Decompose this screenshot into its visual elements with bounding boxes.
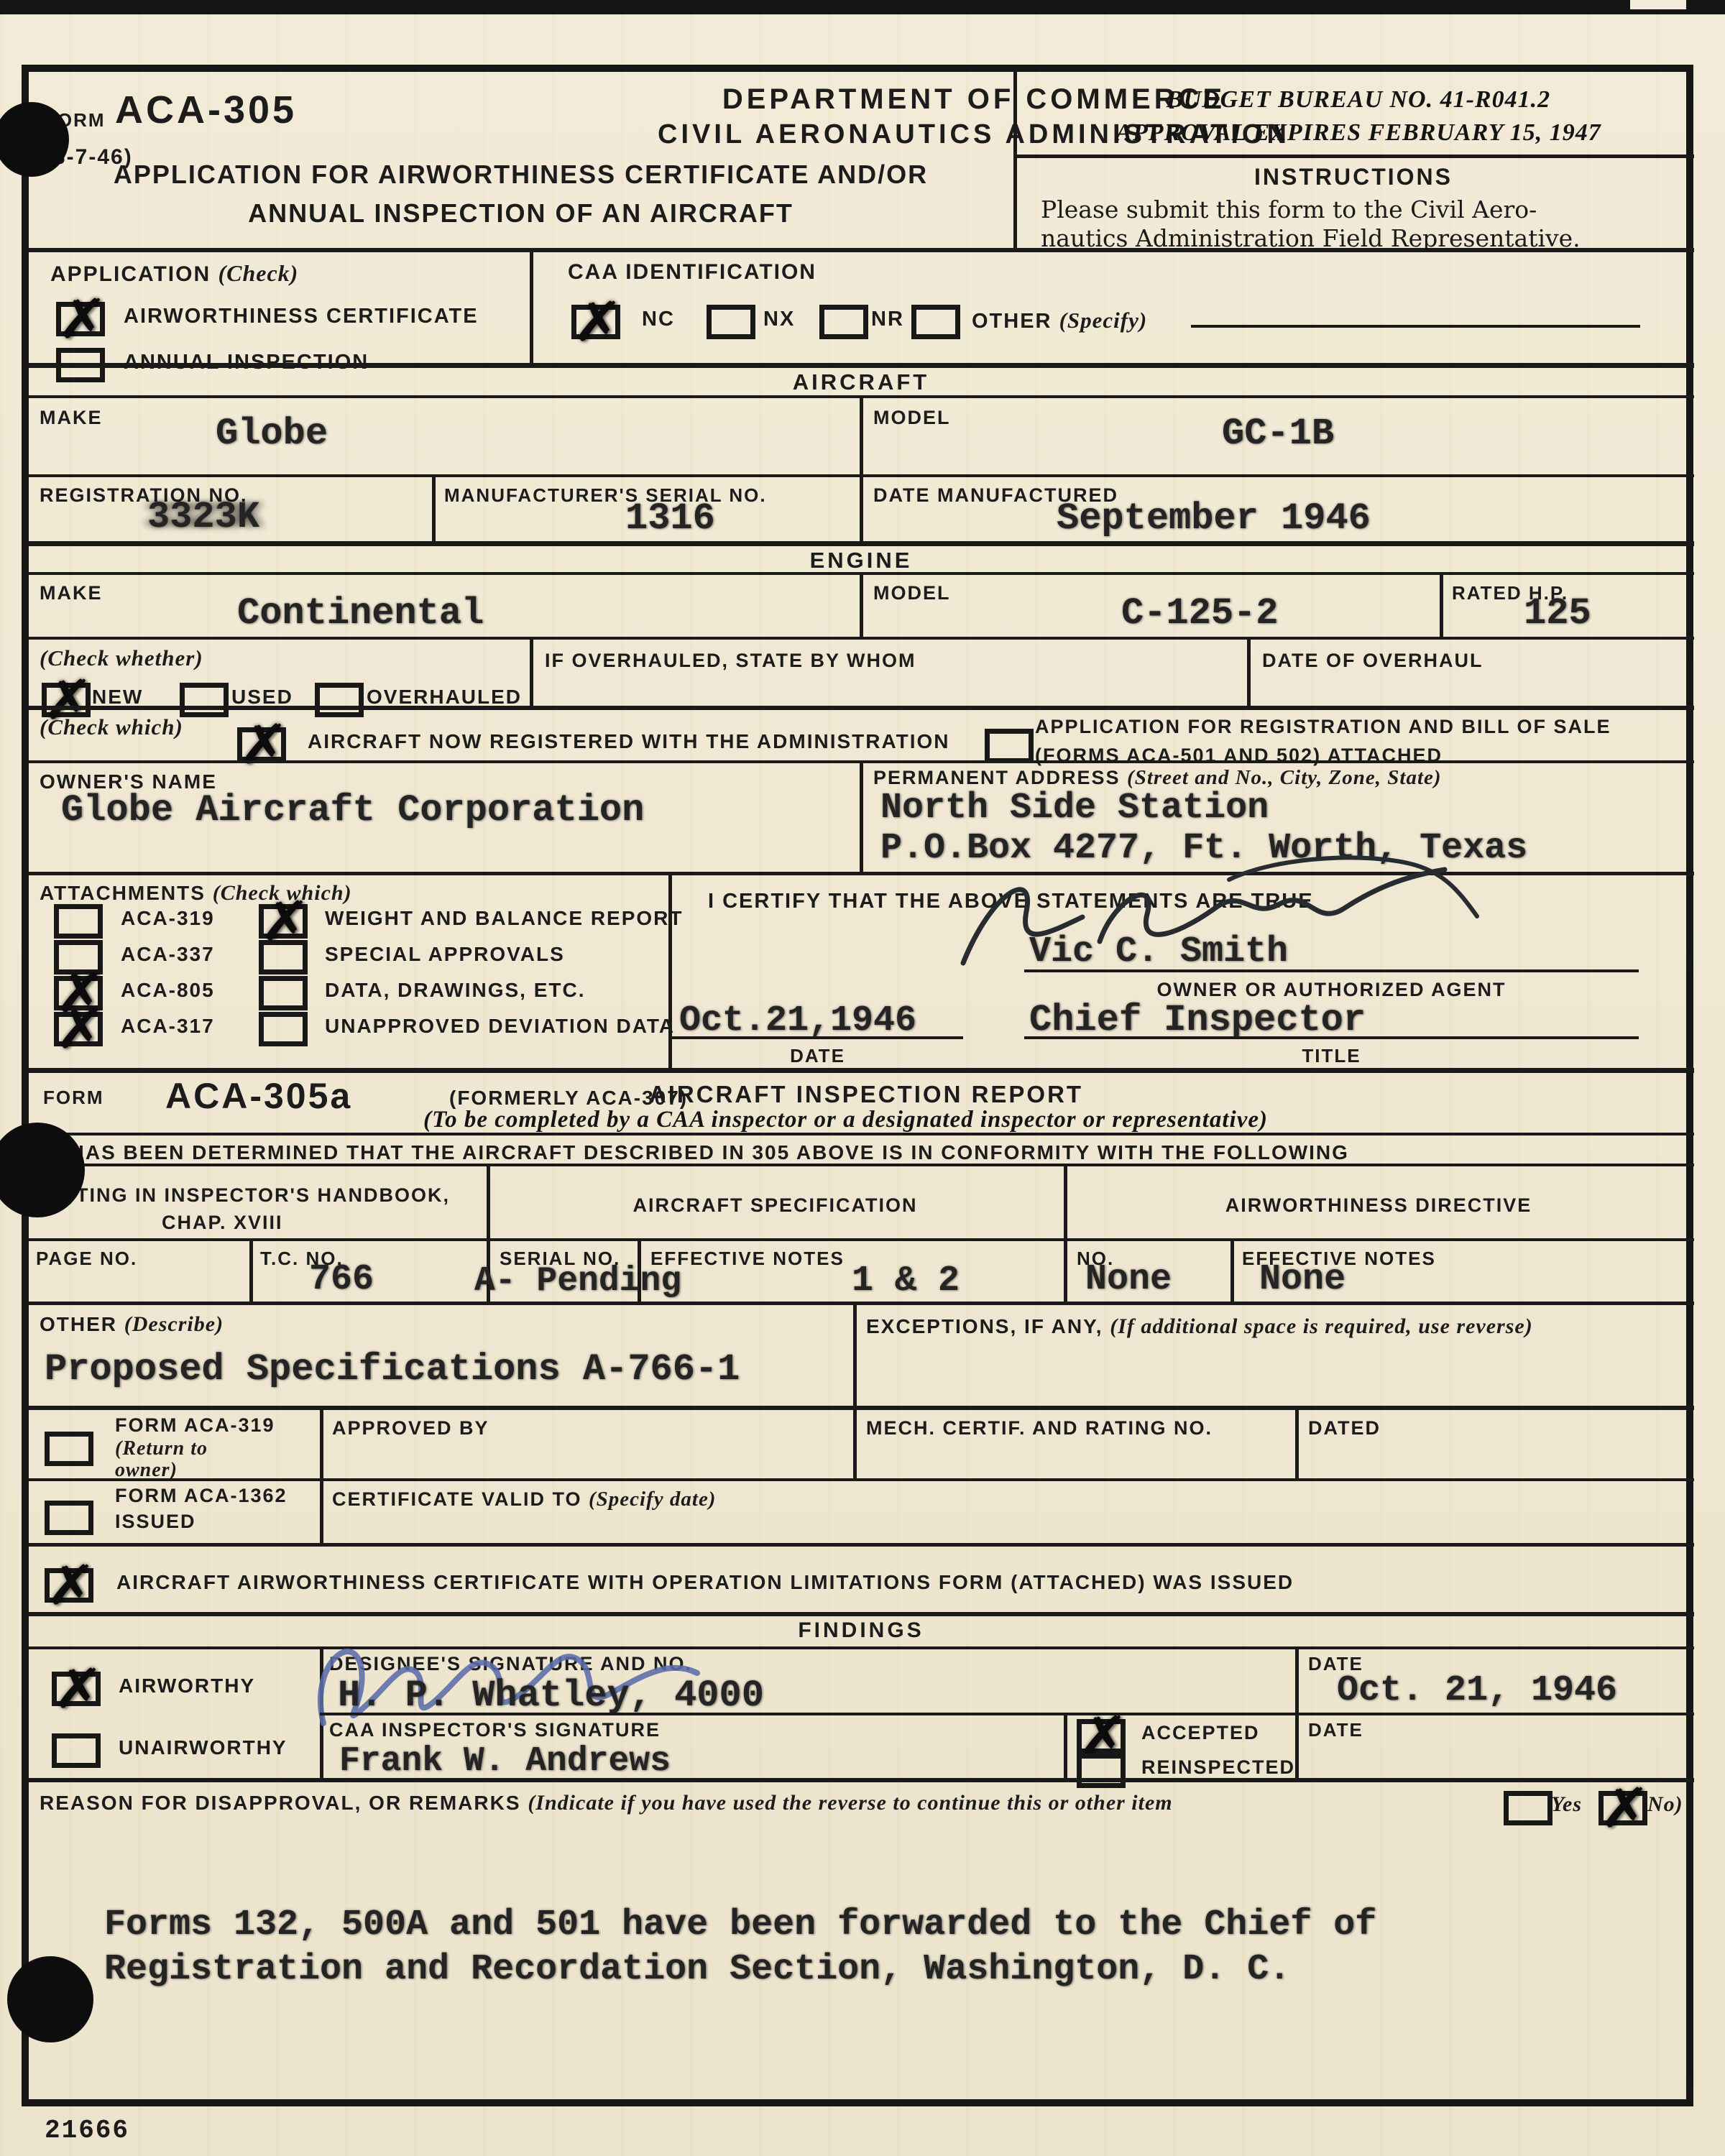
- aca-317-checkbox: [54, 1012, 103, 1046]
- special-approvals-checkbox: [259, 940, 308, 975]
- accepted-checkbox: [1077, 1719, 1126, 1754]
- owner-name-value: Globe Aircraft Corporation: [61, 789, 644, 831]
- aca-319-label: ACA-319: [121, 907, 215, 930]
- accepted-label: ACCEPTED: [1141, 1722, 1260, 1744]
- engine-section-header: ENGINE: [28, 548, 1694, 573]
- form-aca-1362-label: FORM ACA-1362: [115, 1485, 287, 1507]
- approved-by-label: APPROVED BY: [332, 1417, 489, 1439]
- signature-line: [1024, 969, 1639, 972]
- aircraft-make-value: Globe: [216, 413, 328, 455]
- divider: [1440, 575, 1443, 637]
- form-title-line2: ANNUAL INSPECTION OF AN AIRCRAFT: [28, 198, 1013, 229]
- divider: [853, 1410, 857, 1478]
- date-of-overhaul-label: DATE OF OVERHAUL: [1262, 650, 1483, 672]
- certificate-valid-to-label: CERTIFICATE VALID TO (Specify date): [332, 1488, 716, 1511]
- scanned-form-page: FORM ACA-305 (3-7-46) DEPARTMENT OF COMM…: [0, 0, 1725, 2156]
- date-manufactured-value: September 1946: [1057, 497, 1371, 540]
- inspection-report-subtitle: (To be completed by a CAA inspector or a…: [100, 1107, 1591, 1133]
- hole-punch-bottom: [7, 1956, 93, 2042]
- findings-date-value: Oct. 21, 1946: [1337, 1670, 1617, 1711]
- certification-date-label: DATE: [672, 1045, 963, 1067]
- divider: [28, 1068, 1694, 1073]
- certification-date-value: Oct.21,1946: [679, 1000, 916, 1041]
- divider: [853, 1305, 857, 1406]
- divider: [432, 477, 436, 541]
- divider: [28, 1133, 1694, 1135]
- aircraft-model-label: MODEL: [873, 407, 951, 429]
- reinspected-checkbox: [1077, 1754, 1126, 1788]
- nr-checkbox: [819, 305, 868, 339]
- form-aca-319-note1: (Return to: [115, 1437, 208, 1460]
- nc-checkbox: [571, 305, 620, 339]
- certificate-issued-checkbox: [45, 1568, 93, 1603]
- form305a-form-label: FORM: [43, 1087, 104, 1109]
- other-specify-line: [1191, 325, 1640, 328]
- application-check-label: APPLICATION (Check): [50, 260, 298, 287]
- divider: [320, 1713, 1694, 1715]
- remarks-no-label: No): [1647, 1792, 1683, 1817]
- title-line: [1024, 1036, 1639, 1039]
- divider: [28, 1238, 1694, 1241]
- check-which-label: (Check which): [40, 714, 183, 740]
- divider: [28, 1478, 1694, 1481]
- other-describe-label: OTHER (Describe): [40, 1312, 224, 1337]
- aircraft-model-value: GC-1B: [1222, 413, 1334, 455]
- remarks-no-checkbox: [1598, 1791, 1647, 1825]
- serial-no-label: MANUFACTURER'S SERIAL NO.: [444, 484, 767, 507]
- engine-model-value: C-125-2: [1121, 592, 1278, 635]
- registration-application-label-line2: (FORMS ACA-501 AND 502) ATTACHED: [1035, 745, 1443, 767]
- reinspected-label: REINSPECTED: [1141, 1756, 1295, 1779]
- other-checkbox: [911, 305, 960, 339]
- owner-signature-typed: Vic C. Smith: [1029, 931, 1288, 972]
- divider: [1230, 1241, 1234, 1302]
- certification-title-label: TITLE: [1024, 1045, 1639, 1067]
- airworthiness-certificate-label: AIRWORTHINESS CERTIFICATE: [124, 305, 479, 328]
- mech-certif-label: MECH. CERTIF. AND RATING NO.: [866, 1417, 1213, 1439]
- divider: [28, 637, 1694, 640]
- findings-date2-label: DATE: [1308, 1719, 1363, 1741]
- designee-name-typed: H. P. Whatley, 4000: [338, 1674, 764, 1717]
- registration-application-label-line1: APPLICATION FOR REGISTRATION AND BILL OF…: [1035, 716, 1611, 738]
- data-drawings-checkbox: [259, 976, 308, 1010]
- divider: [28, 1543, 1694, 1547]
- remarks-yes-checkbox: [1504, 1791, 1552, 1825]
- special-approvals-label: SPECIAL APPROVALS: [325, 943, 565, 966]
- registration-no-value: 3323K: [147, 496, 259, 538]
- approval-expires: APPROVAL EXPIRES FEBRUARY 15, 1947: [1042, 119, 1675, 147]
- form-number: ACA-305: [115, 88, 297, 132]
- divider: [28, 541, 1694, 546]
- divider: [28, 1302, 1694, 1305]
- nc-label: NC: [642, 308, 675, 331]
- divider: [1013, 155, 1694, 158]
- divider: [860, 477, 863, 541]
- findings-section-header: FINDINGS: [28, 1618, 1694, 1643]
- airworthiness-directive-header: AIRWORTHINESS DIRECTIVE: [1064, 1194, 1693, 1217]
- engine-new-checkbox: [42, 683, 91, 717]
- aca-319-checkbox: [54, 904, 103, 939]
- unapproved-deviation-label: UNAPPROVED DEVIATION DATA: [325, 1015, 675, 1038]
- form-aca-319-checkbox: [45, 1432, 93, 1466]
- form-stock-number: 21666: [45, 2116, 129, 2145]
- airworthiness-certificate-checkbox: [56, 302, 105, 336]
- form-aca-319-label: FORM ACA-319: [115, 1414, 275, 1437]
- divider: [530, 248, 533, 363]
- aircraft-spec-header: AIRCRAFT SPECIFICATION: [487, 1194, 1064, 1217]
- engine-make-label: MAKE: [40, 582, 103, 604]
- certification-title-value: Chief Inspector: [1029, 999, 1366, 1041]
- form-title-line1: APPLICATION FOR AIRWORTHINESS CERTIFICAT…: [28, 160, 1013, 190]
- divider: [320, 1481, 323, 1543]
- page-no-label: PAGE NO.: [36, 1248, 137, 1270]
- divider: [530, 640, 533, 706]
- exceptions-label: EXCEPTIONS, IF ANY, (If additional space…: [866, 1311, 1682, 1342]
- engine-used-checkbox: [180, 683, 229, 717]
- aircraft-make-label: MAKE: [40, 407, 103, 429]
- listing-header-line2: CHAP. XVIII: [162, 1212, 283, 1234]
- owner-agent-label: OWNER OR AUTHORIZED AGENT: [1024, 979, 1639, 1001]
- divider: [860, 398, 863, 474]
- divider: [28, 706, 1694, 710]
- divider: [1064, 1715, 1067, 1778]
- scan-edge-bar: [0, 0, 1725, 14]
- registered-label: AIRCRAFT NOW REGISTERED WITH THE ADMINIS…: [308, 730, 950, 753]
- registered-checkbox: [237, 727, 286, 762]
- other-label: OTHER (Specify): [972, 308, 1147, 333]
- dated-label: DATED: [1308, 1417, 1381, 1439]
- remarks-label: REASON FOR DISAPPROVAL, OR REMARKS (Indi…: [40, 1791, 1173, 1815]
- nx-checkbox: [707, 305, 755, 339]
- engine-make-value: Continental: [237, 592, 484, 635]
- aircraft-section-header: AIRCRAFT: [28, 369, 1694, 395]
- engine-overhauled-checkbox: [315, 683, 364, 717]
- nx-label: NX: [763, 308, 795, 331]
- caa-inspector-name-typed: Frank W. Andrews: [339, 1742, 671, 1781]
- spec-notes-value: 1 & 2: [852, 1261, 960, 1302]
- divider: [28, 1778, 1694, 1782]
- permanent-address-label: PERMANENT ADDRESS (Street and No., City,…: [873, 766, 1442, 790]
- divider: [28, 248, 1694, 252]
- remarks-body-line2: Registration and Recordation Section, Wa…: [104, 1949, 1290, 1990]
- divider: [860, 763, 863, 872]
- aca-805-label: ACA-805: [121, 979, 215, 1002]
- listing-header-line1: LISTING IN INSPECTOR'S HANDBOOK,: [42, 1184, 450, 1207]
- divider: [1064, 1166, 1067, 1302]
- inspection-report-title: AIRCRAFT INSPECTION REPORT: [579, 1081, 1154, 1108]
- form-aca-1362-issued-label: ISSUED: [115, 1511, 196, 1533]
- spec-notes-label: EFFECTIVE NOTES: [650, 1248, 845, 1270]
- budget-bureau-no: BUDGET BUREAU NO. 41-R041.2: [1042, 86, 1675, 114]
- directive-no-value: None: [1085, 1259, 1172, 1300]
- tc-no-value: 766: [309, 1259, 374, 1300]
- determined-statement: IT HAS BEEN DETERMINED THAT THE AIRCRAFT…: [42, 1141, 1349, 1164]
- certificate-issued-label: AIRCRAFT AIRWORTHINESS CERTIFICATE WITH …: [116, 1571, 1294, 1594]
- airworthy-label: AIRWORTHY: [119, 1674, 255, 1697]
- divider: [249, 1241, 253, 1302]
- divider: [320, 1410, 323, 1478]
- rated-hp-value: 125: [1524, 592, 1591, 635]
- remarks-body-line1: Forms 132, 500A and 501 have been forwar…: [104, 1904, 1376, 1945]
- unairworthy-checkbox: [52, 1733, 101, 1768]
- aca-317-label: ACA-317: [121, 1015, 215, 1038]
- divider: [28, 1612, 1694, 1616]
- airworthy-checkbox: [52, 1672, 101, 1706]
- scan-notch: [1630, 0, 1686, 9]
- caa-inspector-signature-label: CAA INSPECTOR'S SIGNATURE: [329, 1719, 661, 1741]
- aca-337-label: ACA-337: [121, 943, 215, 966]
- instructions-text-line1: Please submit this form to the Civil Aer…: [1041, 195, 1537, 224]
- instructions-title: INSTRUCTIONS: [1013, 164, 1693, 190]
- directive-notes-value: None: [1259, 1259, 1345, 1300]
- divider: [1247, 640, 1251, 706]
- form-aca-1362-checkbox: [45, 1501, 93, 1535]
- divider: [28, 1406, 1694, 1410]
- data-drawings-label: DATA, DRAWINGS, ETC.: [325, 979, 586, 1002]
- divider: [28, 1164, 1694, 1166]
- divider: [1295, 1410, 1299, 1478]
- divider: [860, 575, 863, 637]
- unapproved-deviation-checkbox: [259, 1012, 308, 1046]
- overhauled-by-label: IF OVERHAULED, STATE BY WHOM: [545, 650, 916, 672]
- date-line: [672, 1036, 963, 1039]
- unairworthy-label: UNAIRWORTHY: [119, 1736, 287, 1759]
- engine-model-label: MODEL: [873, 582, 951, 604]
- remarks-yes-label: Yes: [1551, 1792, 1582, 1817]
- registration-application-checkbox: [985, 729, 1034, 763]
- caa-identification-label: CAA IDENTIFICATION: [568, 260, 816, 285]
- serial-no-value: 1316: [625, 497, 715, 540]
- nr-label: NR: [871, 308, 904, 331]
- weight-balance-checkbox: [259, 904, 308, 939]
- weight-balance-label: WEIGHT AND BALANCE REPORT: [325, 907, 684, 930]
- other-describe-value: Proposed Specifications A-766-1: [45, 1348, 740, 1391]
- divider: [1013, 68, 1017, 252]
- permanent-address-line1: North Side Station: [880, 788, 1269, 829]
- divider: [28, 363, 1694, 368]
- divider: [28, 1646, 1694, 1649]
